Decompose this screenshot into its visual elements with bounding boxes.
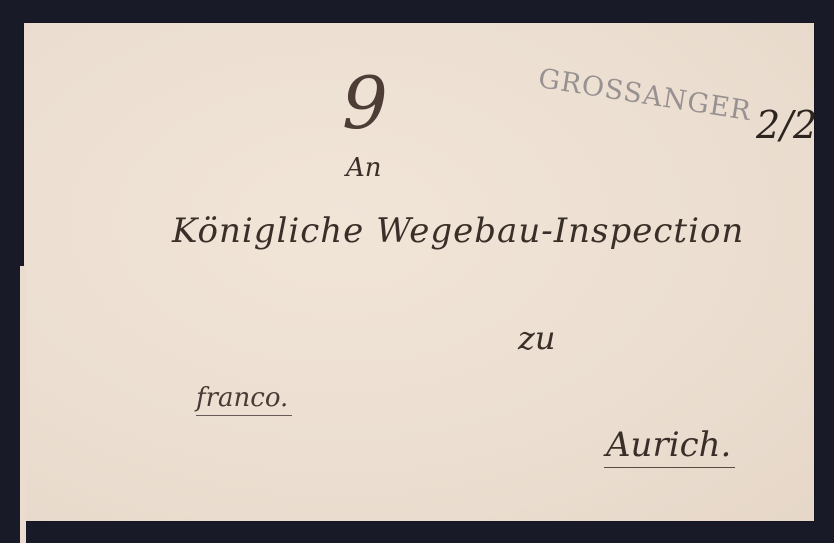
address-line-town: Aurich. — [604, 425, 735, 468]
address-line-an: An — [346, 153, 382, 183]
franco-note: franco. — [196, 383, 292, 416]
paper-fold-edge — [20, 266, 26, 543]
address-line-zu: zu — [518, 319, 555, 357]
letter-paper: GROSSANGER 2/2 9 An Königliche Wegebau-I… — [24, 23, 814, 521]
fee-numerator: 2 — [756, 103, 780, 147]
postmark-stamp: GROSSANGER — [536, 63, 753, 127]
large-numeral: 9 — [342, 61, 388, 145]
address-line-recipient: Königliche Wegebau-Inspection — [172, 211, 744, 251]
fee-marking: 2/2 — [756, 103, 817, 147]
fee-slash: / — [780, 103, 793, 147]
fee-denominator: 2 — [793, 103, 817, 147]
